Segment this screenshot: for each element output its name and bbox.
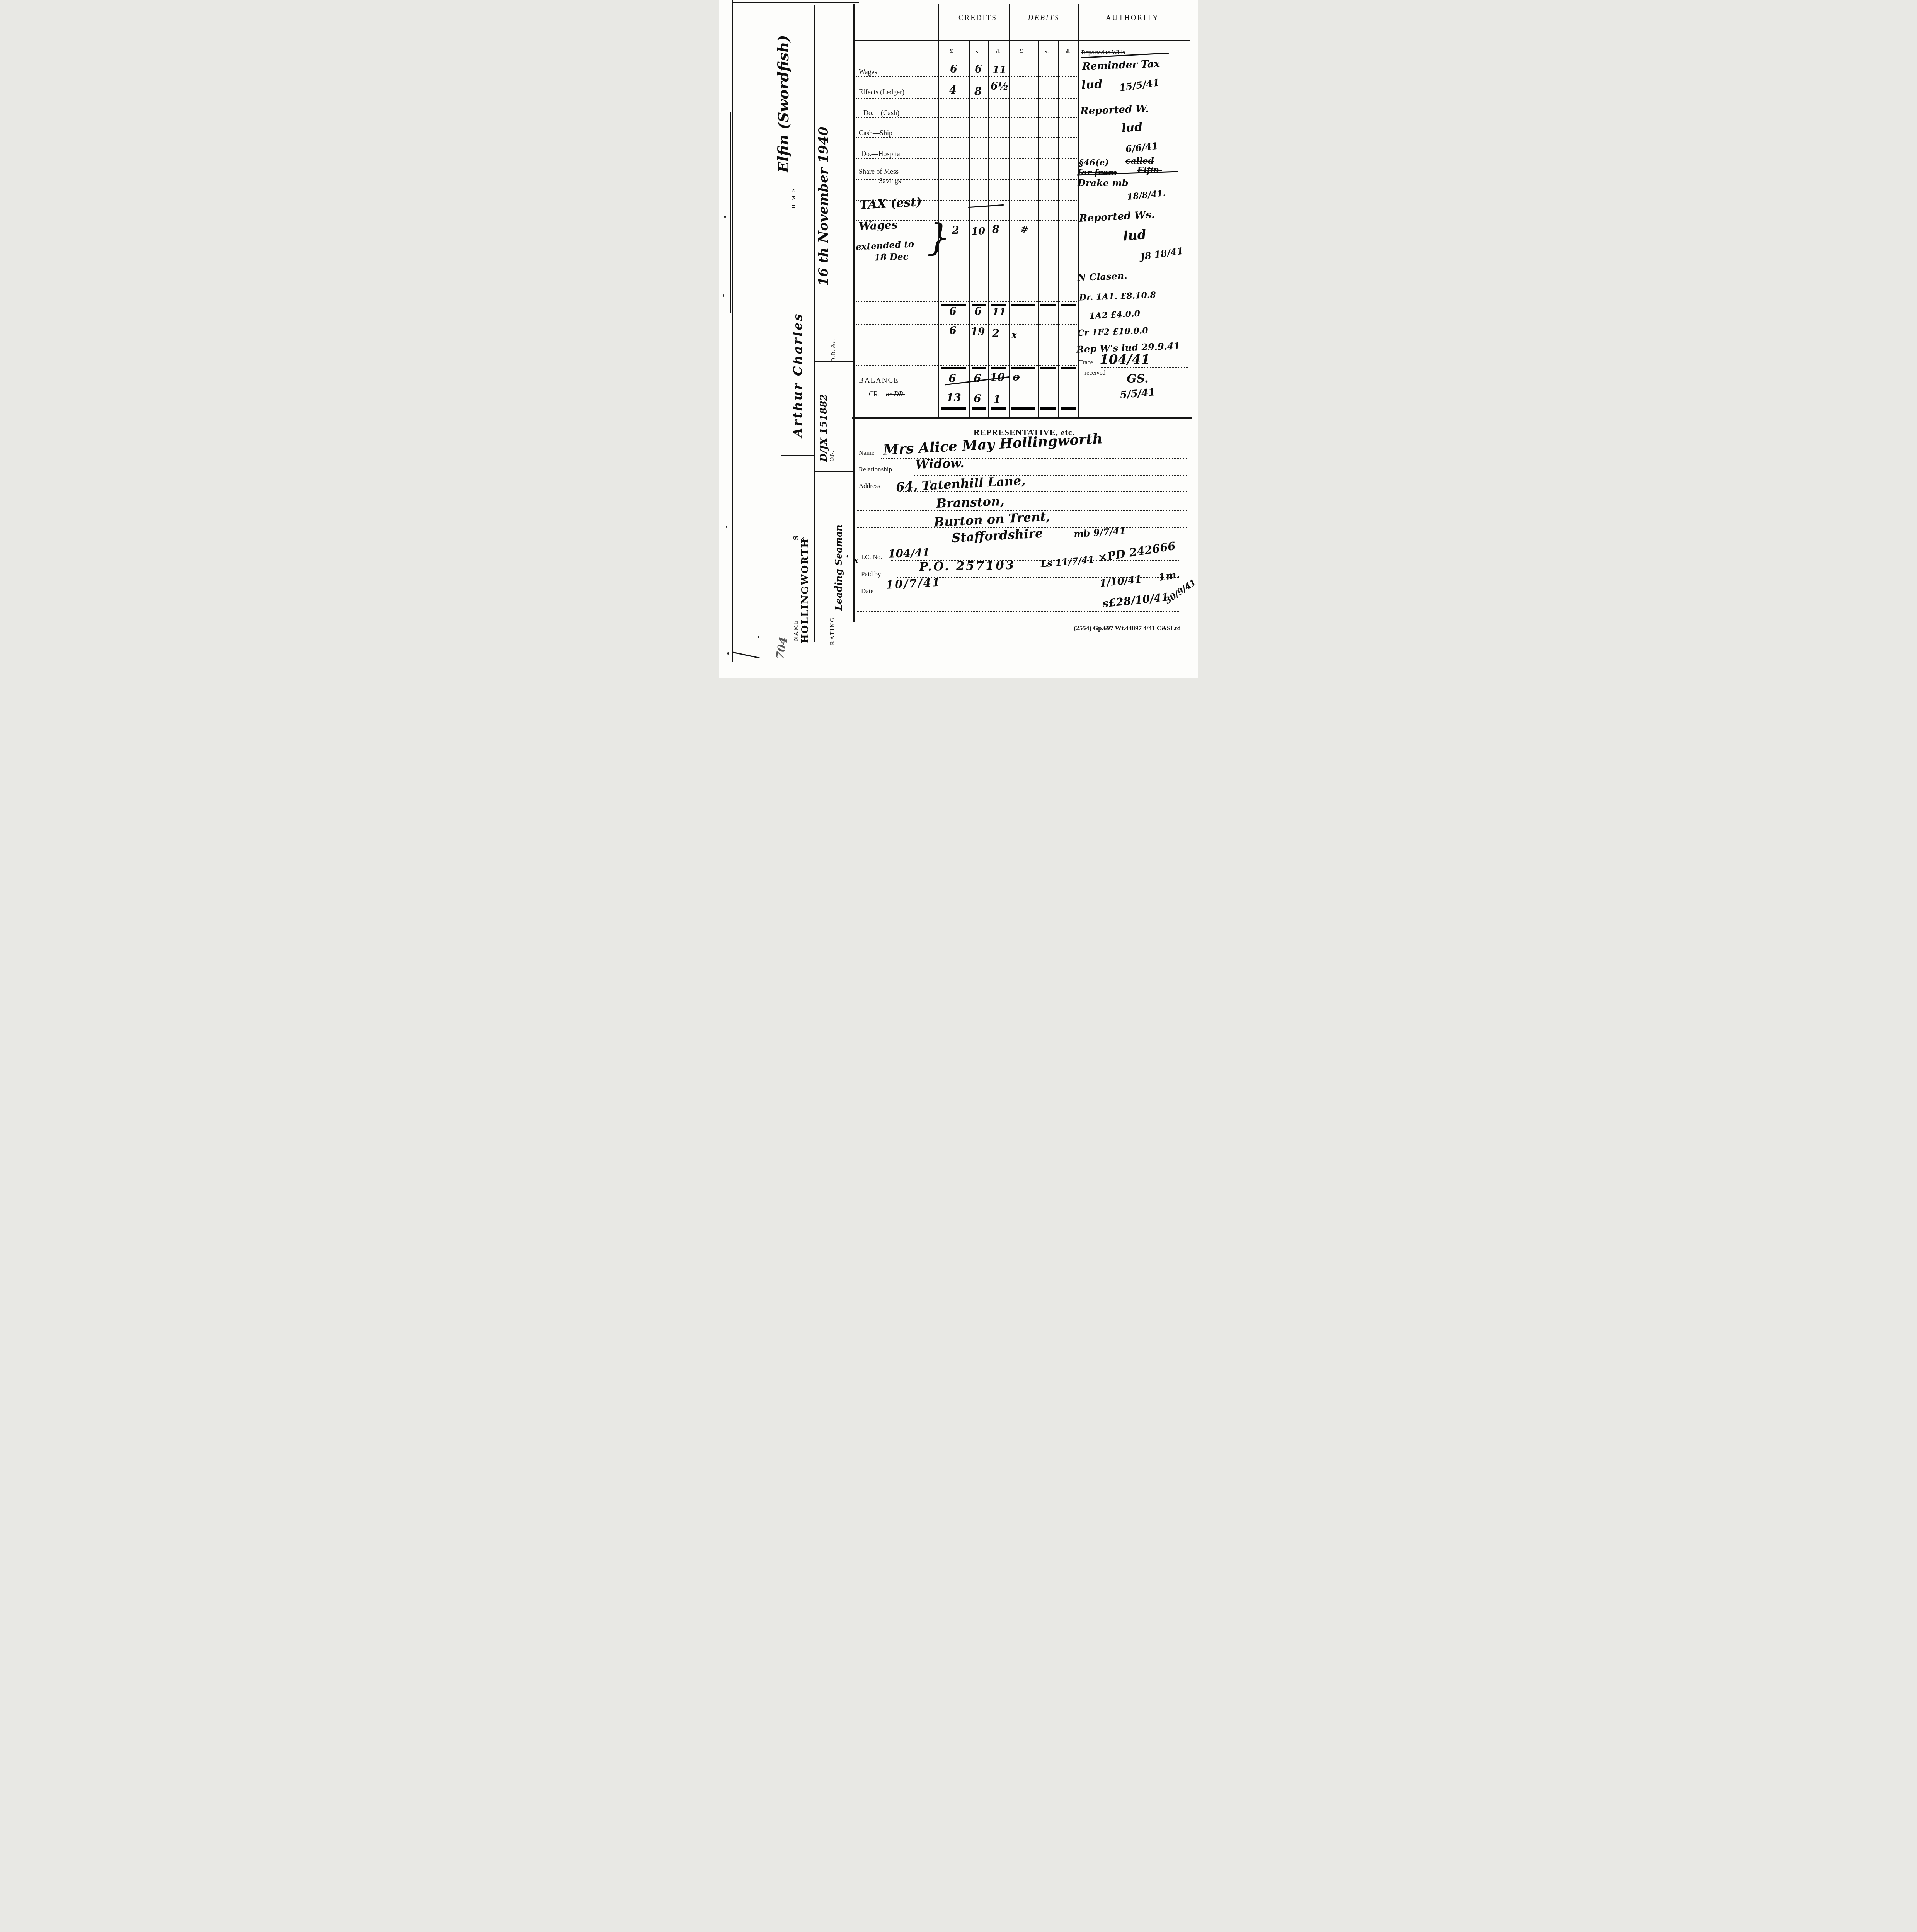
address-line4-value: Staffordshire [951,527,1043,544]
debits-pounds-header: £ [1020,48,1023,55]
credits-pence-header: d. [996,49,1000,55]
column-tick-bar [941,367,966,369]
credits-pounds-header: £ [950,48,953,55]
effects-pence-value: 6½ [991,81,1009,92]
authority-note: lud [1081,79,1103,92]
header-heavy-rule [853,40,1190,41]
tax-note-handwritten: TAX (est) [859,196,922,211]
official-number-handwritten: D/JX 151882 [819,355,828,462]
paid-by-field-label: Paid by [861,570,881,578]
authority-note: J8 18/41 [1140,246,1184,261]
column-tick-bar [1011,304,1035,306]
balance-scribble-mark: o [1013,372,1020,383]
table-column-line [1058,40,1059,417]
sidebar-rule-1 [762,211,814,211]
name-label: NAME [793,612,800,641]
authority-note: lud [1121,121,1143,134]
row-label-do-hospital: Do.—Hospital [861,150,902,158]
relationship-dotted-line [914,475,1188,476]
wages-pounds-value: 6 [950,64,957,75]
authority-note: called [1125,157,1154,165]
ledger-row-dotted-line [856,179,1078,180]
effects-shillings-value: 8 [974,87,982,97]
balance-struck-pounds: 6 [948,373,956,384]
authority-note: Reported Ws. [1079,210,1155,224]
credits-shillings-header: s. [976,49,980,55]
column-tick-bar [1061,367,1076,369]
relationship-field-value: Widow. [915,457,964,471]
column-tick-bar [1040,367,1056,369]
form-code: (2554) Gp.697 Wt.44897 4/41 C&SLtd [1016,624,1181,632]
bottom-dotted-line [857,611,1179,612]
balance-final-pence: 1 [993,394,1001,405]
ledger-row-dotted-line [856,259,1078,259]
authority-bottom-dotted-line [1080,405,1145,405]
table-column-line [1009,4,1010,417]
balance-final-pounds: 13 [946,393,961,403]
ledger-row-dotted-line [856,98,1078,99]
address-field-label: Address [859,482,880,490]
ledger-row-dotted-line [856,324,1078,325]
column-tick-bar [941,304,966,306]
subtotal2-pence-value: 2 [992,328,999,339]
wages-ext-debit-mark: # [1020,224,1029,235]
sidebar-rule-3 [781,455,814,456]
column-tick-bar [991,367,1006,369]
subtotal2-shillings-value: 19 [970,327,985,337]
rating-label: RATING [829,612,836,645]
column-tick-bar [972,407,986,410]
authority-note: Reported W. [1080,104,1149,116]
ledger-row-dotted-line [856,345,1078,345]
authority-note: 1A2 £4.0.0 [1089,310,1141,321]
scan-edge-left-2 [730,112,731,313]
authority-note: 18/8/41. [1127,189,1166,201]
column-tick-bar [1011,367,1035,369]
column-tick-bar [1040,407,1056,410]
authority-note: 15/5/41 [1119,78,1160,93]
date-value: 10/7/41 [885,577,941,590]
authority-note: for from [1078,168,1117,177]
balance-or-dr-label: or DR. [886,390,905,398]
wages-ext-label: Wages [859,219,898,231]
row-label-share-of-mess: Share of Mess [859,168,899,176]
authority-note: 5/5/41 [1120,387,1156,400]
date-extra-note1: 1/10/41 [1099,574,1142,588]
ledger-row-dotted-line [856,281,1078,281]
address-note-value: mb 9/7/41 [1073,526,1126,539]
row-label-wages: Wages [859,68,877,76]
corner-scribble: 704 [775,622,792,660]
on-label: O.N. [829,443,836,461]
address-line3-value: Burton on Trent, [933,510,1050,529]
dd-label: D.D. &c. [831,316,837,362]
scan-speck [758,636,759,638]
rating-handwritten: Leading Seaman [834,472,843,611]
subtotal2-debit-mark: x [1011,330,1017,340]
column-tick-bar [991,407,1006,410]
wages-shillings-value: 6 [975,64,982,75]
date-extra-note2: 1m. [1158,570,1180,583]
received-label: received [1084,370,1105,377]
authority-note: N Clasen. [1078,271,1127,282]
authority-note: 6/6/41 [1125,141,1158,154]
address-line1-value: 64, Tatenhill Lane, [896,474,1026,493]
ic-number-value: 104/41 [888,547,930,560]
paid-by-value: P.O. 257103 [919,560,1016,573]
ledger-row-dotted-line [856,240,1078,240]
subtotal1-pounds-value: 6 [949,306,957,317]
subtotal2-pounds-value: 6 [949,326,957,336]
table-column-line [969,40,970,417]
authority-initials: GS. [1127,373,1149,385]
column-tick-bar [941,407,966,410]
table-right-dotted-border [1190,4,1190,417]
authority-note: Drake mb [1078,179,1128,188]
authority-header: AUTHORITY [1084,14,1181,22]
table-column-line [1038,40,1039,417]
scan-speck [723,294,724,297]
surname-caret-mark: ^ [802,533,808,541]
effects-pounds-value: 4 [949,85,957,95]
debits-shillings-header: s. [1045,49,1049,55]
authority-trace-number: 104/41 [1100,353,1150,366]
authority-note: Cr 1F2 £10.0.0 [1078,327,1148,337]
rating-caret-mark: ^ [846,550,853,559]
table-column-line [1078,4,1079,417]
scan-speck [726,526,727,528]
ledger-row-dotted-line [856,117,1078,118]
row-label-do-cash: Do. (Cash) [863,109,899,117]
ledger-row-dotted-line [856,301,1078,302]
ledger-row-dotted-line [856,137,1078,138]
address-dotted-line-1 [900,491,1188,492]
ledger-row-dotted-line [856,200,1078,201]
column-tick-bar [1011,407,1035,410]
relationship-field-label: Relationship [859,466,892,473]
trace-dotted-line [1100,367,1188,368]
ledger-row-dotted-line [856,76,1078,77]
address-line2-value: Branston, [936,495,1004,510]
table-column-line [988,40,989,417]
debits-header: DEBITS [1012,14,1076,22]
balance-label: BALANCE [859,376,899,385]
date-field-label: Date [861,587,873,595]
debits-pence-header: d. [1066,49,1070,55]
row-label-savings: Savings [879,177,901,185]
scan-speck [724,216,726,218]
authority-note: Dr. 1A1. £8.10.8 [1079,291,1156,302]
authority-note: lud [1123,228,1147,242]
column-tick-bar [972,304,986,306]
ledger-row-dotted-line [856,158,1078,159]
table-column-line [938,4,939,417]
ic-number-field-label: I.C. No. [861,553,882,561]
wages-ext-shillings-value: 10 [971,226,985,236]
wages-ext-label2: extended to [856,240,914,252]
table-column-line [853,4,855,622]
forenames-handwritten: Arthur Charles [792,216,804,437]
wages-ext-label3: 18 Dec [874,252,909,262]
column-tick-bar [1061,407,1076,410]
authority-note: §46(e) [1079,158,1109,167]
subtotal1-pence-value: 11 [992,307,1006,317]
paid-by-note: Ls 11/7/41 [1040,555,1095,569]
scan-speck [727,652,729,655]
sidebar-divider-vertical [814,5,815,642]
wages-ext-pence-value: 8 [992,224,999,235]
wages-ext-pounds-value: 2 [952,225,959,236]
ledger-row-dotted-line [856,220,1078,221]
column-tick-bar [1061,304,1076,306]
surname-handwritten: HOLLINGWORTH [800,456,810,643]
date-extra-note3: s£28/10/41 [1102,592,1170,609]
subtotal1-shillings-value: 6 [974,306,982,317]
hms-label: H.M.S. [791,169,797,209]
authority-note: Reminder Tax [1082,59,1160,71]
trace-label: Trace [1079,359,1093,366]
column-tick-bar [972,367,986,369]
scan-edge-top [732,2,859,3]
ship-name-handwritten: Elfin (Swordfish) [776,5,791,173]
tax-dash-mark [968,204,1004,208]
credits-header: CREDITS [945,14,1011,22]
column-tick-bar [991,304,1006,306]
balance-struck-shillings: 6 [974,373,981,384]
address-dotted-line-4 [857,544,1188,544]
ledger-row-dotted-line [856,365,1078,366]
scanned-ledger-card: Elfin (Swordfish) H.M.S. 16 th November … [719,0,1198,678]
date-lost-handwritten: 16 th November 1940 [817,11,830,286]
row-label-effects-ledger: Effects (Ledger) [859,88,904,96]
row-label-cash-ship: Cash—Ship [859,129,892,137]
scan-edge-left [732,0,733,662]
balance-cr-label: CR. [869,390,880,398]
table-bottom-heavy-rule [852,417,1192,419]
column-tick-bar [1040,304,1056,306]
surname-insert-letter: S [793,529,800,540]
name-field-label: Name [859,449,875,457]
balance-final-shillings: 6 [974,393,981,404]
scan-edge-corner [733,652,759,658]
wages-pence-value: 11 [993,65,1006,75]
